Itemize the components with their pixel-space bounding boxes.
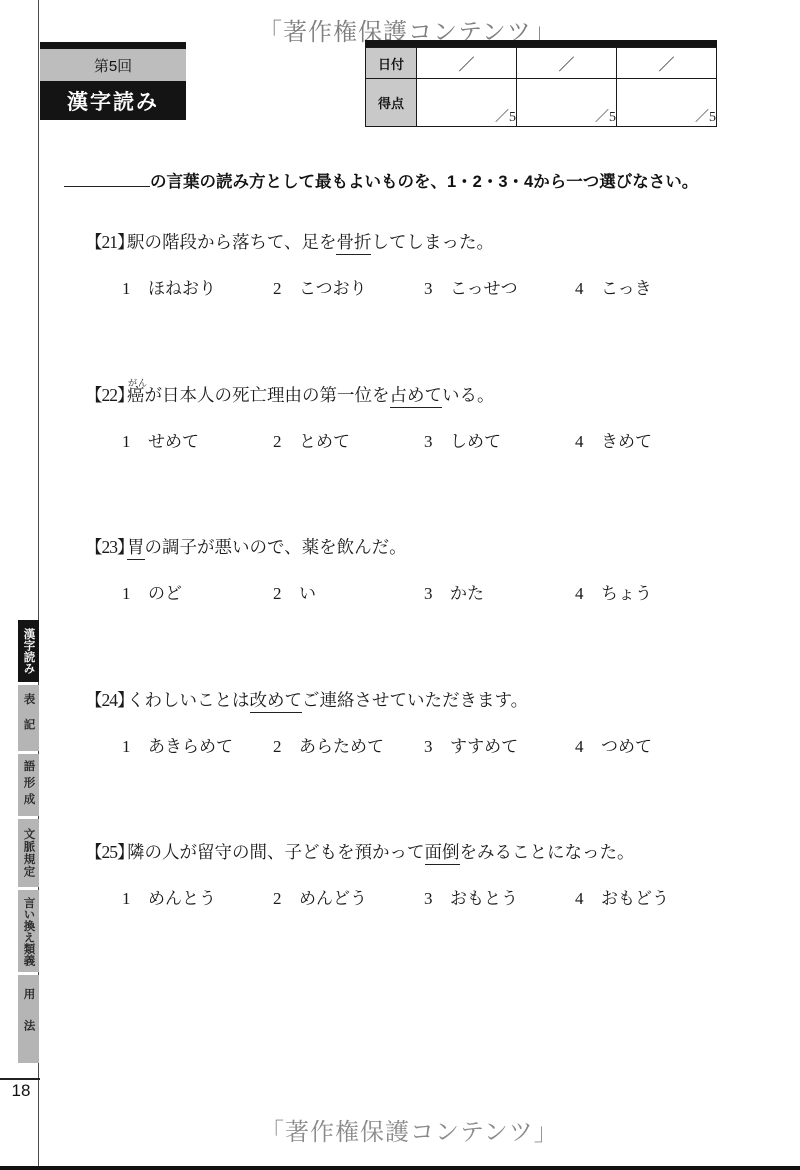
option-1: 1のど [122, 579, 273, 604]
score-cell: ／5 [417, 79, 517, 127]
option-4: 4ちょう [575, 579, 726, 604]
question-number: 【22】 [85, 383, 127, 407]
sentence-post: いる。 [442, 385, 495, 405]
option-3: 3すすめて [424, 732, 575, 757]
sentence-pre: 駅の階段から落ちて、足を [127, 232, 336, 252]
sentence-pre: 隣の人が留守の間、子どもを預かって [127, 842, 425, 862]
underlined-word: 面倒 [425, 842, 460, 865]
tab-hyouki: 表記 [18, 685, 39, 751]
question-23: 【23】胃の調子が悪いので、薬を飲んだ。 1のど 2い 3かた 4ちょう [85, 535, 765, 559]
options-row: 1あきらめて 2あらためて 3すすめて 4つめて [122, 732, 726, 757]
tab-youhou: 用法 [18, 975, 39, 1063]
option-3: 3しめて [424, 427, 575, 452]
blank-underline [64, 169, 150, 187]
underlined-word: 占めて [390, 385, 443, 408]
score-label: 得点 [366, 79, 417, 127]
question-22: 【22】がん癌が日本人の死亡理由の第一位を占めている。 1せめて 2とめて 3し… [85, 383, 765, 407]
header-top-bar [40, 42, 186, 49]
page-number: 18 [4, 1081, 38, 1101]
option-4: 4きめて [575, 427, 726, 452]
question-sentence: 【21】駅の階段から落ちて、足を骨折してしまった。 [85, 230, 765, 254]
underlined-word: 改めて [250, 690, 303, 713]
question-sentence: 【25】隣の人が留守の間、子どもを預かって面倒をみることになった。 [85, 840, 765, 864]
date-cell: ／ [617, 48, 717, 79]
score-table-top-bar [365, 40, 717, 47]
sentence-post: してしまった。 [371, 232, 494, 252]
underlined-word: 胃 [127, 537, 145, 560]
question-sentence: 【23】胃の調子が悪いので、薬を飲んだ。 [85, 535, 765, 559]
lesson-number: 第5回 [40, 49, 186, 81]
score-cell: ／5 [517, 79, 617, 127]
sentence-post: をみることになった。 [460, 842, 635, 862]
workbook-page: 「著作権保護コンテンツ」 第5回 漢字読み 日付 ／ ／ ／ 得点 ／5 ／5 … [0, 0, 800, 1170]
tab-kanji-yomi: 漢字読み [18, 620, 39, 682]
tab-gokeisei: 語形成 [18, 754, 39, 816]
page-bottom-edge [0, 1166, 800, 1170]
option-1: 1めんとう [122, 884, 273, 909]
instruction-line: の言葉の読み方として最もよいものを、1・2・3・4から一つ選びなさい。 [64, 168, 764, 192]
option-2: 2めんどう [273, 884, 424, 909]
tab-bunmyaku-kitei: 文脈規定 [18, 819, 39, 887]
option-1: 1あきらめて [122, 732, 273, 757]
sentence-post: ご連絡させていただきます。 [302, 690, 528, 710]
page-number-rule [0, 1078, 40, 1080]
lesson-header: 第5回 漢字読み [40, 42, 186, 120]
sentence-mid: が日本人の死亡理由の第一位を [145, 385, 390, 405]
option-3: 3おもとう [424, 884, 575, 909]
options-row: 1めんとう 2めんどう 3おもとう 4おもどう [122, 884, 726, 909]
date-label: 日付 [366, 48, 417, 79]
option-2: 2こつおり [273, 274, 424, 299]
options-row: 1せめて 2とめて 3しめて 4きめて [122, 427, 726, 452]
instruction-text: の言葉の読み方として最もよいものを、1・2・3・4から一つ選びなさい。 [150, 173, 698, 191]
option-2: 2あらためて [273, 732, 424, 757]
date-cell: ／ [417, 48, 517, 79]
question-number: 【25】 [85, 840, 127, 864]
ruby-word: がん癌 [127, 383, 145, 407]
option-1: 1ほねおり [122, 274, 273, 299]
furigana: がん [128, 371, 148, 395]
option-2: 2とめて [273, 427, 424, 452]
question-sentence: 【24】くわしいことは改めてご連絡させていただきます。 [85, 688, 765, 712]
score-cell: ／5 [617, 79, 717, 127]
option-2: 2い [273, 579, 424, 604]
question-25: 【25】隣の人が留守の間、子どもを預かって面倒をみることになった。 1めんとう … [85, 840, 765, 864]
option-4: 4おもどう [575, 884, 726, 909]
section-title: 漢字読み [40, 81, 186, 120]
question-number: 【21】 [85, 230, 127, 254]
sentence-pre: くわしいことは [127, 690, 250, 710]
tab-iikae-ruigi: 言い換え類義 [18, 890, 39, 972]
option-3: 3かた [424, 579, 575, 604]
section-tab-strip: 漢字読み 表記 語形成 文脈規定 言い換え類義 用法 [18, 620, 39, 1066]
sentence-post: の調子が悪いので、薬を飲んだ。 [145, 537, 407, 557]
option-4: 4こっき [575, 274, 726, 299]
underlined-word: 骨折 [336, 232, 371, 255]
question-21: 【21】駅の階段から落ちて、足を骨折してしまった。 1ほねおり 2こつおり 3こ… [85, 230, 765, 254]
question-24: 【24】くわしいことは改めてご連絡させていただきます。 1あきらめて 2あらため… [85, 688, 765, 712]
copyright-watermark-bottom: 「著作権保護コンテンツ」 [260, 1112, 559, 1147]
option-3: 3こっせつ [424, 274, 575, 299]
question-sentence: 【22】がん癌が日本人の死亡理由の第一位を占めている。 [85, 383, 765, 407]
option-1: 1せめて [122, 427, 273, 452]
question-number: 【23】 [85, 535, 127, 559]
question-number: 【24】 [85, 688, 127, 712]
score-table: 日付 ／ ／ ／ 得点 ／5 ／5 ／5 [365, 40, 717, 127]
option-4: 4つめて [575, 732, 726, 757]
options-row: 1ほねおり 2こつおり 3こっせつ 4こっき [122, 274, 726, 299]
date-cell: ／ [517, 48, 617, 79]
options-row: 1のど 2い 3かた 4ちょう [122, 579, 726, 604]
